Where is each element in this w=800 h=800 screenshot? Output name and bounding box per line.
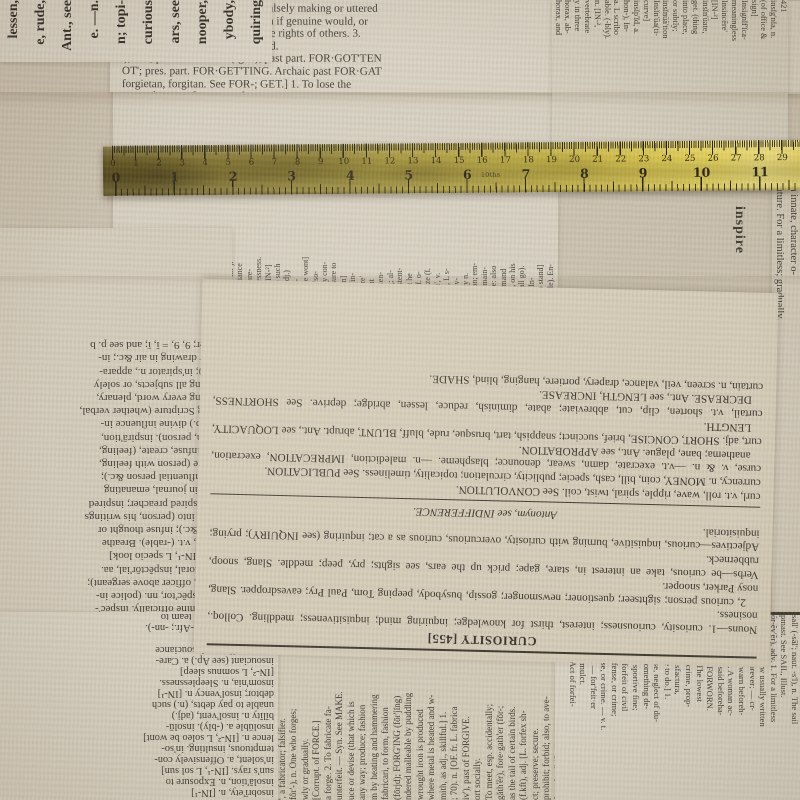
ruler-inch-number: 3 xyxy=(287,168,296,183)
ruler-cm-number: 0 xyxy=(110,159,116,169)
ruler-inch-number: 4 xyxy=(346,168,355,183)
ruler-cm-number: 3 xyxy=(179,158,185,168)
ruler-cm-number: 2 xyxy=(156,158,162,168)
ruler-cm-number: 21 xyxy=(592,155,603,165)
ruler-inch-number: 0 xyxy=(112,170,121,185)
fabric-patch-forge-column: forgery. ', a fabricator; falsifier. fôr… xyxy=(265,645,565,800)
ruler-cm-number: 26 xyxy=(708,154,719,164)
ruler-cm-number: 17 xyxy=(500,155,511,165)
ruler-cm-number: 13 xyxy=(407,156,418,166)
ruler-cm-number: 8 xyxy=(295,157,301,167)
ruler-cm-number: 5 xyxy=(226,158,232,168)
ruler-inch-number: 6 xyxy=(463,167,472,182)
ruler-inch-number: 7 xyxy=(521,166,530,181)
fabric-patch-curiosity-page: CURIOSITY [455] Nouns—1. curiosity, curi… xyxy=(194,279,779,667)
ruler-cm-number: 19 xyxy=(546,155,557,165)
ruler-inch-number: 9 xyxy=(639,165,648,180)
ruler-cm-number: 12 xyxy=(384,156,395,166)
curiosity-page-content: CURIOSITY [455] Nouns—1. curiosity, curi… xyxy=(194,361,777,667)
ruler-inch-number: 8 xyxy=(580,166,589,181)
ruler-tenths-label: 10ths xyxy=(481,172,501,179)
brass-ruler: 0123456789101112131415161718192021222324… xyxy=(103,140,800,196)
fabric-photo: icing falsely; esp., the crime of falsel… xyxy=(0,0,800,800)
ruler-cm-number: 15 xyxy=(454,156,465,166)
ruler-cm-number: 22 xyxy=(615,154,626,164)
fabric-guide-word: inspire xyxy=(714,206,748,284)
ruler-inch-number: 10 xyxy=(693,165,711,180)
ruler-inch-number: 5 xyxy=(404,167,413,182)
ruler-cm-number: 27 xyxy=(731,153,742,163)
ruler-cm-number: 4 xyxy=(202,158,208,168)
ruler-cm-number: 10 xyxy=(338,157,349,167)
ruler-inch-number: 1 xyxy=(170,169,179,184)
guide-word-text: inspire xyxy=(714,206,748,284)
ruler-cm-number: 14 xyxy=(431,156,442,166)
ruler-cm-number: 9 xyxy=(318,157,324,167)
ruler-cm-number: 29 xyxy=(777,153,788,163)
patch-text: lessen, e, rude, Ant., see e. —n. n; top… xyxy=(0,0,272,62)
patch-text: forgery. ', a fabricator; falsifier. fôr… xyxy=(265,645,565,800)
ruler-cm-number: 16 xyxy=(477,156,488,166)
ruler-inch-number: 2 xyxy=(229,169,238,184)
ruler-cm-number: 7 xyxy=(272,157,278,167)
ruler-cm-number: 24 xyxy=(661,154,672,164)
ruler-cm-number: 11 xyxy=(361,157,372,167)
ruler-cm-number: 23 xyxy=(638,154,649,164)
ruler-cm-number: 18 xyxy=(523,155,534,165)
ruler-cm-number: 6 xyxy=(249,158,255,168)
ruler-cm-number: 25 xyxy=(684,154,695,164)
ruler-cm-number: 28 xyxy=(754,153,765,163)
ruler-cm-number: 1 xyxy=(133,159,139,169)
ruler-cm-number: 20 xyxy=(569,155,580,165)
fabric-patch-bigprint-fragments: lessen, e, rude, Ant., see e. —n. n; top… xyxy=(0,0,272,62)
ruler-inch-number: 11 xyxy=(751,164,769,179)
